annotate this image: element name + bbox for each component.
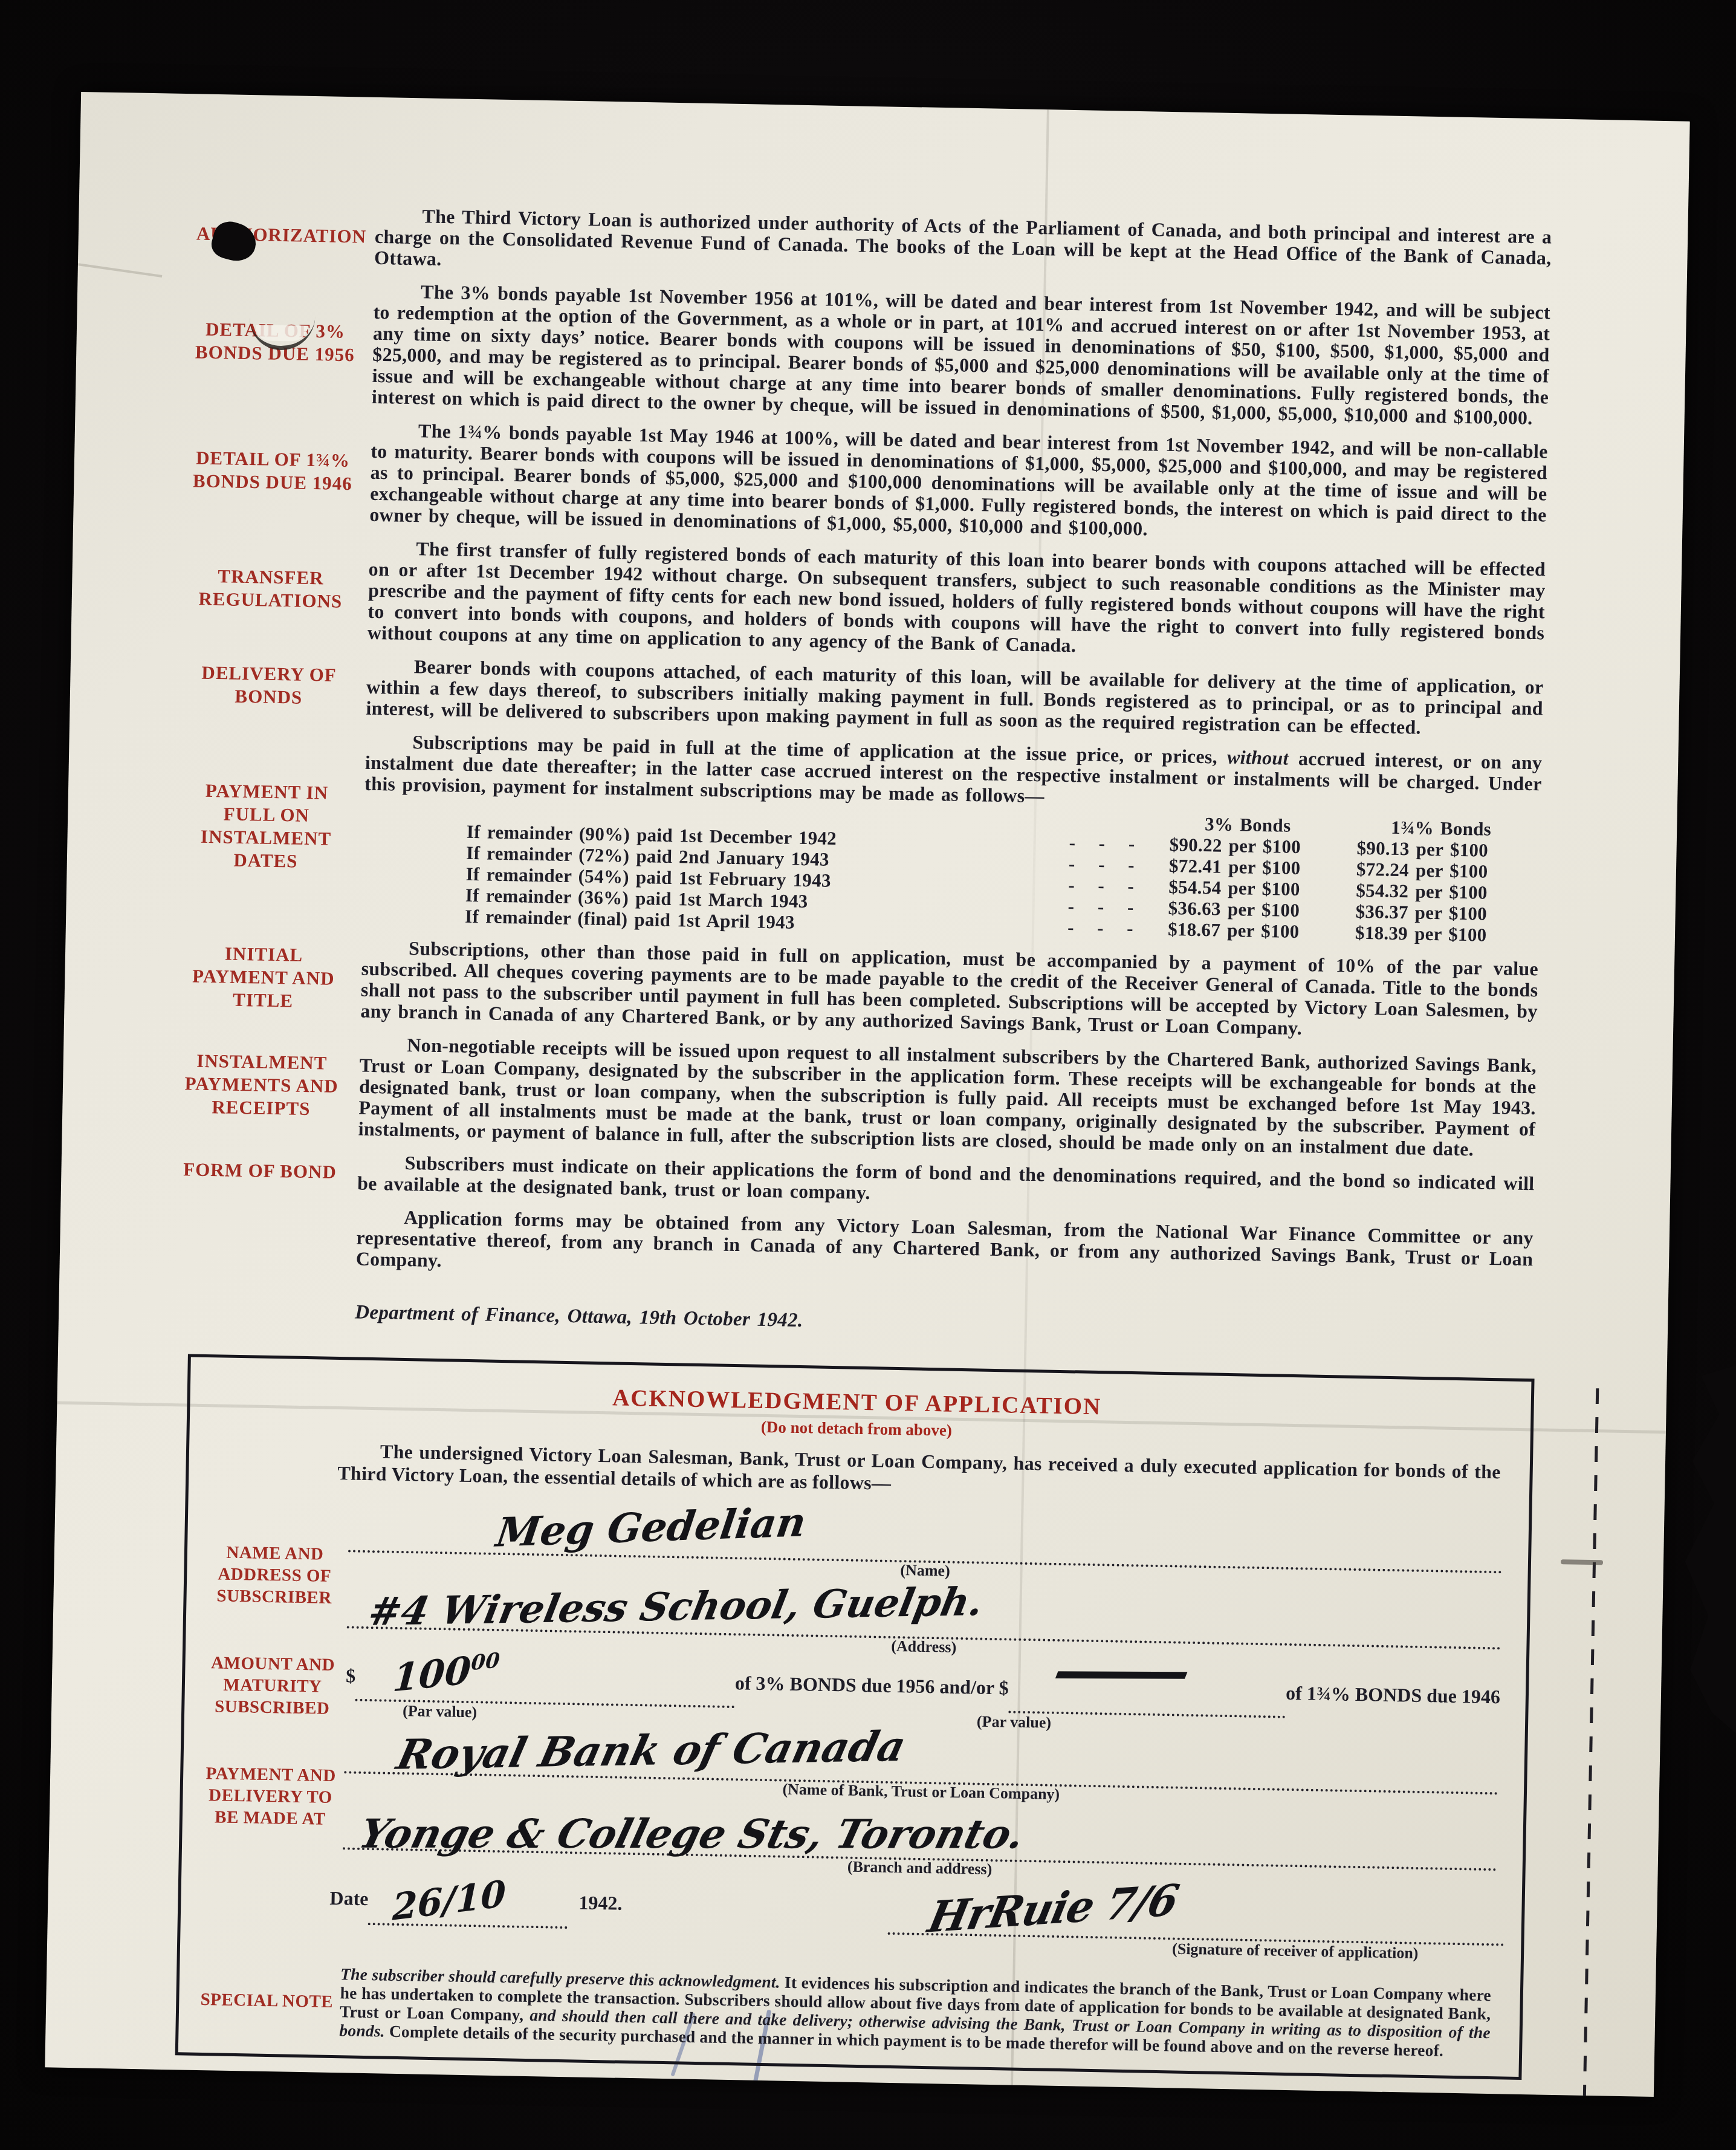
amount-suffix-text: of 1¾% BONDS due 1946 — [1286, 1670, 1501, 1720]
paragraph-payment-in-full: Subscriptions may be paid in full at the… — [362, 731, 1543, 947]
margin-label-payment-in-full: PAYMENT IN FULL ON INSTALMENT DATES — [185, 779, 365, 874]
paragraph-form-of-bond: Subscribers must indicate on their appli… — [357, 1152, 1535, 1216]
section-detail-3pct-bonds: DETAIL OF 3% BONDS DUE 1956 The 3% bonds… — [193, 277, 1550, 429]
value-3pct: $90.22 per $100 — [1153, 834, 1341, 859]
handwritten-date: 26/10 — [392, 1872, 507, 1929]
section-delivery-of-bonds: DELIVERY OF BONDS Bearer bonds with coup… — [187, 652, 1544, 740]
paragraph-text: Bearer bonds with coupons attached, of e… — [366, 655, 1544, 741]
instalment-table: 3% Bonds 1¾% Bonds If remainder (90%) pa… — [465, 800, 1541, 947]
paragraph-authorization: The Third Victory Loan is authorized und… — [374, 205, 1552, 290]
signature-caption: (Signature of receiver of application) — [1172, 1940, 1419, 1962]
edge-nick — [1561, 1559, 1603, 1565]
name-field-line: Meg Gedelian (Name) — [348, 1500, 1503, 1573]
handwritten-bank-name: Royal Bank of Canada — [392, 1723, 910, 1779]
column-header-3pct: 3% Bonds — [1154, 813, 1342, 837]
section-payment-in-full: PAYMENT IN FULL ON INSTALMENT DATES Subs… — [184, 727, 1543, 946]
margin-label-instalment-receipts: INSTALMENT PAYMENTS AND RECEIPTS — [180, 1049, 360, 1121]
torn-right-edge — [1679, 1360, 1736, 1747]
leader-dashes: - - - - - — [1067, 917, 1153, 940]
section-dateline: Department of Finance, Ottawa, 19th Octo… — [176, 1278, 1532, 1360]
special-note-fields: The subscriber should carefully preserve… — [339, 1964, 1503, 2061]
paragraph-application-forms: Application forms may be obtained from a… — [356, 1206, 1534, 1291]
paragraph-text: Non-negotiable receipts will be issued u… — [358, 1034, 1537, 1161]
value-3pct: $54.54 per $100 — [1153, 876, 1341, 901]
margin-label-detail-134pct: DETAIL OF 1¾% BONDS DUE 1946 — [192, 446, 371, 495]
dateline-wrap: Department of Finance, Ottawa, 19th Octo… — [354, 1282, 1532, 1361]
margin-label-empty — [178, 1235, 357, 1238]
dollar-sign: $ — [346, 1652, 356, 1698]
spacer — [640, 1910, 888, 1915]
paragraph-text: The first transfer of fully registered b… — [368, 537, 1546, 665]
amount-mid-text: of 3% BONDS due 1956 and/or $ — [734, 1660, 1009, 1710]
margin-label-form-of-bond: FORM OF BOND — [179, 1158, 358, 1184]
date-label: Date — [329, 1874, 369, 1923]
paragraph-detail-3pct: The 3% bonds payable 1st November 1956 a… — [372, 281, 1551, 429]
margin-label-delivery: DELIVERY OF BONDS — [188, 661, 367, 710]
label-name-address-of-subscriber: NAME AND ADDRESS OF SUBSCRIBER — [196, 1541, 348, 1609]
paragraph-instalment-receipts: Non-negotiable receipts will be issued u… — [358, 1034, 1537, 1161]
acknowledgment-box: ACKNOWLEDGMENT OF APPLICATION (Do not de… — [175, 1354, 1535, 2080]
document-content: AUTHORIZATION The Third Victory Loan is … — [45, 92, 1690, 2082]
date-blank: 26/10 — [368, 1874, 568, 1929]
section-transfer-regulations: TRANSFER REGULATIONS The first transfer … — [189, 534, 1546, 664]
section-application-forms: Application forms may be obtained from a… — [178, 1203, 1534, 1291]
amount-134pct-blank: — — [1008, 1664, 1286, 1718]
column-header-134pct: 1¾% Bonds — [1341, 816, 1541, 840]
value-3pct: $36.63 per $100 — [1152, 897, 1340, 922]
section-authorization: AUTHORIZATION The Third Victory Loan is … — [196, 201, 1552, 290]
value-3pct: $72.41 per $100 — [1153, 855, 1341, 880]
payment-delivery-field-group: PAYMENT AND DELIVERY TO BE MADE AT Royal… — [191, 1719, 1508, 1895]
paragraph-delivery: Bearer bonds with coupons attached, of e… — [366, 655, 1544, 741]
subscriber-fields: Meg Gedelian (Name) #4 Wireless School, … — [346, 1500, 1512, 1674]
margin-label-initial-payment: INITIAL PAYMENT AND TITLE — [182, 941, 361, 1013]
paragraph-initial-payment: Subscriptions, other than those paid in … — [360, 937, 1538, 1044]
paragraph-text: Subscriptions, other than those paid in … — [360, 937, 1538, 1044]
paragraph-text: Application forms may be obtained from a… — [356, 1206, 1534, 1291]
leader-dashes: - - - - — [1068, 874, 1153, 897]
payment-delivery-fields: Royal Bank of Canada (Name of Bank, Trus… — [342, 1721, 1508, 1895]
leader-dashes: - - - - - — [1067, 895, 1153, 918]
section-initial-payment: INITIAL PAYMENT AND TITLE Subscriptions,… — [182, 934, 1538, 1043]
handwritten-subscriber-address: #4 Wireless School, Guelph. — [364, 1579, 987, 1635]
department-dateline: Department of Finance, Ottawa, 19th Octo… — [355, 1302, 1532, 1345]
label-payment-and-delivery: PAYMENT AND DELIVERY TO BE MADE AT — [192, 1762, 345, 1831]
label-amount-and-maturity: AMOUNT AND MATURITY SUBSCRIBED — [194, 1652, 346, 1720]
acknowledgment-intro: The undersigned Victory Loan Salesman, B… — [337, 1440, 1501, 1505]
paragraph-text: Subscribers must indicate on their appli… — [357, 1152, 1535, 1216]
value-3pct: $18.67 per $100 — [1152, 918, 1340, 943]
paragraph-text: The 3% bonds payable 1st November 1956 a… — [372, 281, 1551, 429]
special-note-text: The subscriber should carefully preserve… — [339, 1964, 1491, 2061]
printed-year: 1942. — [568, 1878, 641, 1928]
par-value-caption: (Par value) — [977, 1712, 1052, 1732]
leader-dashes: - - - - — [1069, 853, 1154, 876]
value-134pct: $36.37 per $100 — [1339, 900, 1540, 925]
paragraph-detail-134pct: The 1¾% bonds payable 1st May 1946 at 10… — [369, 420, 1548, 547]
value-134pct: $18.39 per $100 — [1339, 921, 1540, 946]
margin-label-transfer: TRANSFER REGULATIONS — [189, 564, 368, 613]
amount-3pct-blank: 10000 — [355, 1653, 735, 1708]
value-134pct: $54.32 per $100 — [1340, 879, 1540, 904]
paragraph-text: The Third Victory Loan is authorized und… — [374, 205, 1552, 290]
italic-word: without — [1227, 746, 1289, 769]
margin-label-empty — [177, 1307, 355, 1310]
value-134pct: $72.24 per $100 — [1341, 858, 1541, 883]
section-detail-134pct-bonds: DETAIL OF 1¾% BONDS DUE 1946 The 1¾% bon… — [191, 416, 1548, 547]
handwritten-subscriber-name: Meg Gedelian — [493, 1498, 809, 1556]
label-special-note: SPECIAL NOTE — [189, 1987, 340, 2015]
special-note-group: SPECIAL NOTE The subscriber should caref… — [188, 1962, 1503, 2061]
paragraph-text: The 1¾% bonds payable 1st May 1946 at 10… — [369, 420, 1548, 547]
section-form-of-bond: FORM OF BOND Subscribers must indicate o… — [179, 1148, 1535, 1215]
scanned-document-page: AUTHORIZATION The Third Victory Loan is … — [45, 92, 1689, 2097]
section-instalment-receipts: INSTALMENT PAYMENTS AND RECEIPTS Non-neg… — [180, 1030, 1537, 1161]
paragraph-transfer: The first transfer of fully registered b… — [368, 537, 1546, 665]
subscriber-field-group: NAME AND ADDRESS OF SUBSCRIBER Meg Gedel… — [195, 1498, 1512, 1674]
spacer — [1069, 828, 1154, 830]
value-134pct: $90.13 per $100 — [1341, 837, 1541, 862]
leader-dashes: - - - - — [1069, 832, 1154, 855]
par-value-caption: (Par value) — [403, 1702, 478, 1721]
